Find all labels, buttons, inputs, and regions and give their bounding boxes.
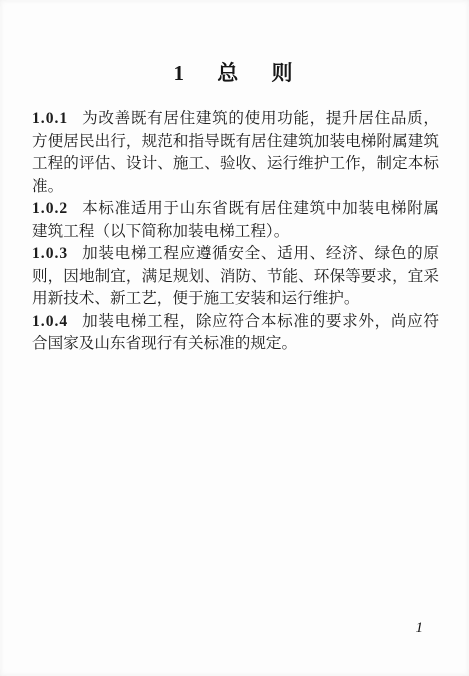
clause-text: 为改善既有居住建筑的使用功能，提升居住品质，方便居民出行，规范和指导既有居住建筑… [32,110,439,195]
clause-1-0-1: 1.0.1为改善既有居住建筑的使用功能，提升居住品质，方便居民出行，规范和指导既… [32,108,439,198]
clause-number: 1.0.2 [32,200,68,217]
body-text: 1.0.1为改善既有居住建筑的使用功能，提升居住品质，方便居民出行，规范和指导既… [32,108,439,356]
clause-1-0-2: 1.0.2本标准适用于山东省既有居住建筑中加装电梯附属建筑工程（以下简称加装电梯… [32,198,439,243]
clause-1-0-3: 1.0.3加装电梯工程应遵循安全、适用、经济、绿色的原则，因地制宜，满足规划、消… [32,243,439,311]
page-number: 1 [416,620,424,637]
clause-text: 加装电梯工程，除应符合本标准的要求外，尚应符合国家及山东省现行有关标准的规定。 [32,313,439,353]
clause-1-0-4: 1.0.4加装电梯工程，除应符合本标准的要求外，尚应符合国家及山东省现行有关标准… [32,311,439,356]
clause-text: 加装电梯工程应遵循安全、适用、经济、绿色的原则，因地制宜，满足规划、消防、节能、… [32,245,439,307]
document-page: 1 总 则 1.0.1为改善既有居住建筑的使用功能，提升居住品质，方便居民出行，… [0,0,469,676]
clause-text: 本标准适用于山东省既有居住建筑中加装电梯附属建筑工程（以下简称加装电梯工程）。 [32,200,439,240]
clause-number: 1.0.1 [32,110,68,127]
chapter-title: 1 总 则 [0,0,469,87]
clause-number: 1.0.3 [32,245,68,262]
clause-number: 1.0.4 [32,313,68,330]
